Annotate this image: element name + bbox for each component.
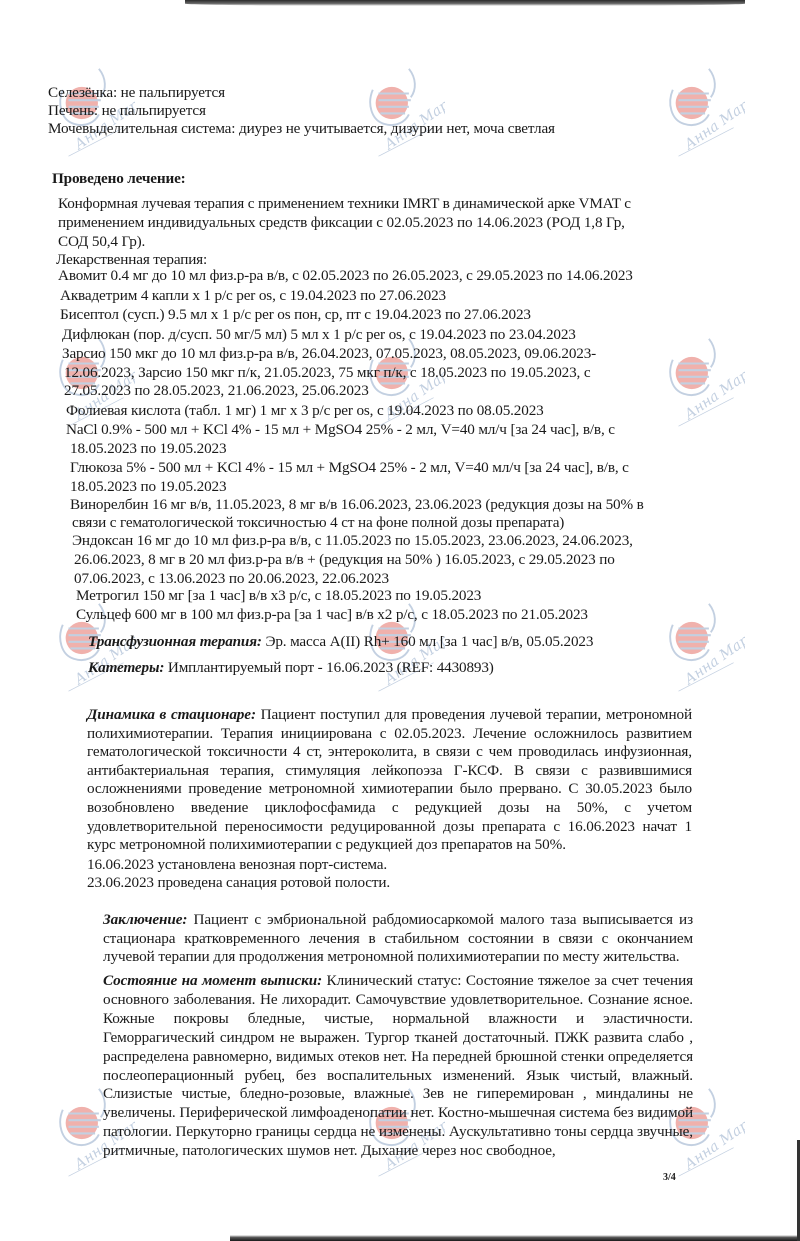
document-page: Анна МарияАнна МарияАнна МарияАнна Мария…: [0, 0, 800, 1241]
catheters-label: Катетеры:: [88, 659, 164, 676]
discharge-state-label: Состояние на момент выписки:: [103, 972, 322, 989]
exam-spleen: Селезёнка: не пальпируется: [48, 84, 225, 102]
treatment-heading: Проведено лечение:: [52, 170, 186, 188]
drug-line: Метрогил 150 мг [за 1 час] в/в х3 р/с, с…: [76, 587, 481, 605]
catheters-text: Имплантируемый порт - 16.06.2023 (REF: 4…: [164, 659, 493, 676]
watermark-logo-icon: Анна Мария: [650, 600, 745, 695]
exam-liver: Печень: не пальпируется: [48, 102, 206, 120]
watermark-logo-icon: Анна Мария: [350, 65, 445, 160]
drug-line: Аквадетрим 4 капли х 1 р/с per os, с 19.…: [60, 287, 446, 305]
exam-urinary: Мочевыделительная система: диурез не учи…: [48, 120, 555, 138]
drug-line: Винорелбин 16 мг в/в, 11.05.2023, 8 мг в…: [70, 496, 644, 514]
transfusion-row: Трансфузионная терапия: Эр. масса A(II) …: [88, 633, 593, 651]
watermark-logo-icon: Анна Мария: [650, 65, 745, 160]
drug-line: Сульцеф 600 мг в 100 мл физ.р-ра [за 1 ч…: [76, 606, 588, 624]
drug-line: NaCl 0.9% - 500 мл + KCl 4% - 15 мл + Mg…: [66, 421, 615, 439]
radiation-line: Конформная лучевая терапия с применением…: [58, 195, 631, 213]
drug-line: 26.06.2023, 8 мг в 20 мл физ.р-ра в/в + …: [74, 551, 615, 569]
dynamics-text: Пациент поступил для проведения лучевой …: [87, 706, 692, 853]
drug-line: Бисептол (сусп.) 9.5 мл х 1 р/с per os п…: [60, 306, 531, 324]
radiation-line: применением индивидуальных средств фикса…: [58, 214, 625, 232]
svg-text:Анна Мария: Анна Мария: [681, 356, 745, 423]
conclusion-label: Заключение:: [103, 911, 187, 928]
discharge-state-text: Клинический статус: Состояние тяжелое за…: [103, 972, 693, 1159]
drug-line: 27.05.2023 по 28.05.2023, 21.06.2023, 25…: [64, 382, 369, 400]
catheters-row: Катетеры: Имплантируемый порт - 16.06.20…: [88, 659, 494, 677]
drug-line: Глюкоза 5% - 500 мл + KCl 4% - 15 мл + M…: [70, 459, 629, 477]
drug-line: 18.05.2023 по 19.05.2023: [70, 478, 226, 496]
svg-text:Анна Мария: Анна Мария: [681, 86, 745, 153]
dynamics-label: Динамика в стационаре:: [87, 706, 256, 723]
svg-text:Анна Мария: Анна Мария: [681, 621, 745, 688]
transfusion-text: Эр. масса A(II) Rh+ 160 мл [за 1 час] в/…: [262, 633, 593, 650]
drug-line: Авомит 0.4 мг до 10 мл физ.р-ра в/в, с 0…: [58, 267, 633, 285]
svg-text:Анна Мария: Анна Мария: [381, 621, 445, 688]
drug-line: Зарсио 150 мкг до 10 мл физ.р-ра в/в, 26…: [62, 345, 596, 363]
dynamics-event: 16.06.2023 установлена венозная порт-сис…: [87, 856, 387, 874]
conclusion-text: Пациент с эмбриональной рабдомиосаркомой…: [103, 911, 693, 965]
drug-line: 18.05.2023 по 19.05.2023: [70, 440, 226, 458]
dynamics-paragraph: Динамика в стационаре: Пациент поступил …: [87, 706, 692, 855]
radiation-line: СОД 50,4 Гр).: [58, 233, 145, 251]
discharge-state-paragraph: Состояние на момент выписки: Клинический…: [103, 972, 693, 1161]
scan-edge-top: [185, 0, 745, 6]
conclusion-paragraph: Заключение: Пациент с эмбриональной рабд…: [103, 911, 693, 967]
drug-line: Дифлюкан (пор. д/сусп. 50 мг/5 мл) 5 мл …: [62, 326, 576, 344]
scan-edge-bottom: [230, 1235, 800, 1241]
drug-line: 12.06.2023, Зарсио 150 мкг п/к, 21.05.20…: [64, 364, 590, 382]
drug-line: 07.06.2023, с 13.06.2023 по 20.06.2023, …: [74, 570, 389, 588]
watermark-logo-icon: Анна Мария: [650, 335, 745, 430]
dynamics-event: 23.06.2023 проведена санация ротовой пол…: [87, 874, 390, 892]
svg-text:Анна Мария: Анна Мария: [71, 621, 135, 688]
drug-line: Эндоксан 16 мг до 10 мл физ.р-ра в/в, с …: [72, 532, 633, 550]
drug-line: Фолиевая кислота (табл. 1 мг) 1 мг х 3 р…: [66, 402, 544, 420]
transfusion-label: Трансфузионная терапия:: [88, 633, 262, 650]
drug-line: связи с гематологической токсичностью 4 …: [72, 514, 564, 532]
page-number: 3/4: [663, 1172, 676, 1183]
